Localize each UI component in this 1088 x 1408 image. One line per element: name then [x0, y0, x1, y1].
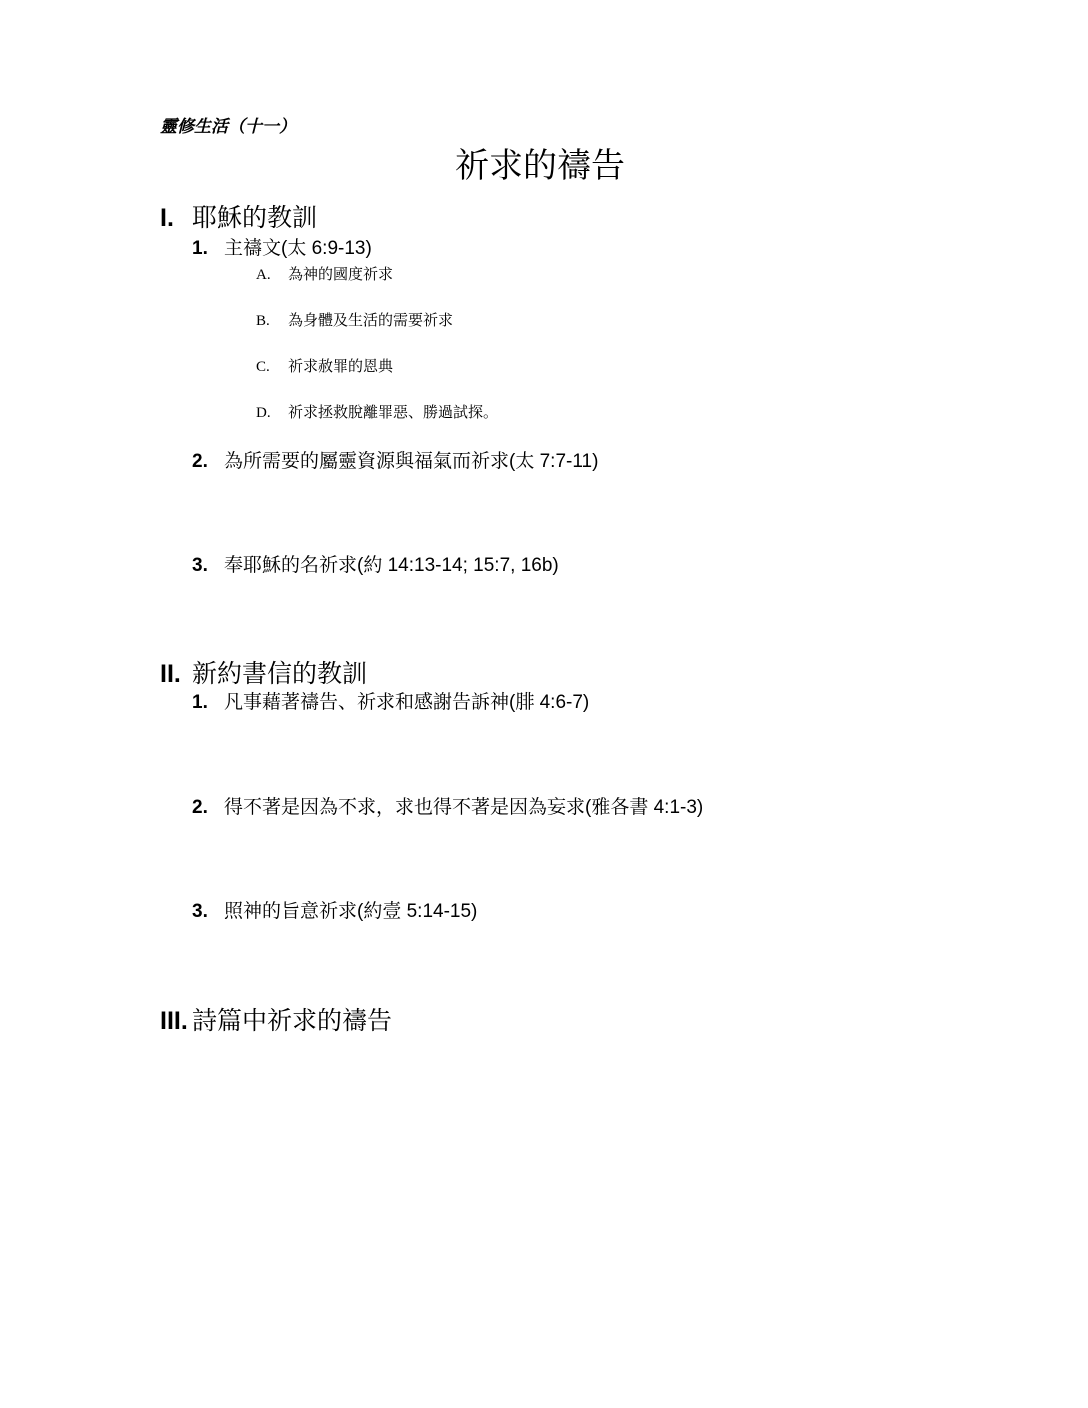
section-number: II. — [160, 659, 192, 689]
item-number: 1. — [192, 237, 224, 261]
subitem-text: 為神的國度祈求 — [288, 267, 393, 283]
outline-item: 1.主禱文(太 6:9-13) — [192, 237, 372, 261]
item-number: 2. — [192, 796, 224, 820]
item-number: 3. — [192, 554, 224, 578]
item-text: 為所需要的屬靈資源與福氣而祈求(太 7:7-11) — [224, 451, 598, 472]
section-title: 新約書信的教訓 — [192, 660, 367, 688]
item-number: 1. — [192, 691, 224, 715]
subitem-text: 祈求赦罪的恩典 — [288, 359, 393, 375]
section-number: I. — [160, 203, 192, 233]
subitem-letter: A. — [256, 265, 288, 285]
section-title: 耶穌的教訓 — [192, 204, 317, 232]
section-title: 詩篇中祈求的禱告 — [192, 1007, 392, 1035]
document-title: 祈求的禱告 — [455, 138, 625, 187]
outline-item: 3.照神的旨意祈求(約壹 5:14-15) — [192, 900, 477, 924]
outline-item: 2.得不著是因為不求，求也得不著是因為妄求(雅各書 4:1-3) — [192, 796, 703, 820]
subitem-letter: D. — [256, 403, 288, 423]
item-text: 奉耶穌的名祈求(約 14:13-14; 15:7, 16b) — [224, 555, 559, 576]
outline-subitem: D.祈求拯救脫離罪惡、勝過試探。 — [256, 403, 498, 423]
outline-subitem: B.為身體及生活的需要祈求 — [256, 311, 453, 331]
section-heading-3: III.詩篇中祈求的禱告 — [160, 1006, 392, 1036]
series-label: 靈修生活（十一） — [160, 112, 296, 137]
outline-item: 1.凡事藉著禱告、祈求和感謝告訴神(腓 4:6-7) — [192, 691, 589, 715]
item-text: 得不著是因為不求，求也得不著是因為妄求(雅各書 4:1-3) — [224, 797, 703, 818]
item-number: 2. — [192, 450, 224, 474]
item-text: 凡事藉著禱告、祈求和感謝告訴神(腓 4:6-7) — [224, 692, 589, 713]
outline-subitem: A.為神的國度祈求 — [256, 265, 393, 285]
item-text: 照神的旨意祈求(約壹 5:14-15) — [224, 901, 477, 922]
subitem-letter: B. — [256, 311, 288, 331]
item-text: 主禱文(太 6:9-13) — [224, 238, 372, 259]
section-number: III. — [160, 1006, 192, 1036]
section-heading-2: II.新約書信的教訓 — [160, 659, 367, 689]
subitem-text: 為身體及生活的需要祈求 — [288, 313, 453, 329]
subitem-text: 祈求拯救脫離罪惡、勝過試探。 — [288, 405, 498, 421]
item-number: 3. — [192, 900, 224, 924]
subitem-letter: C. — [256, 357, 288, 377]
outline-item: 2.為所需要的屬靈資源與福氣而祈求(太 7:7-11) — [192, 450, 598, 474]
outline-subitem: C.祈求赦罪的恩典 — [256, 357, 393, 377]
outline-item: 3.奉耶穌的名祈求(約 14:13-14; 15:7, 16b) — [192, 554, 559, 578]
section-heading-1: I.耶穌的教訓 — [160, 203, 317, 233]
